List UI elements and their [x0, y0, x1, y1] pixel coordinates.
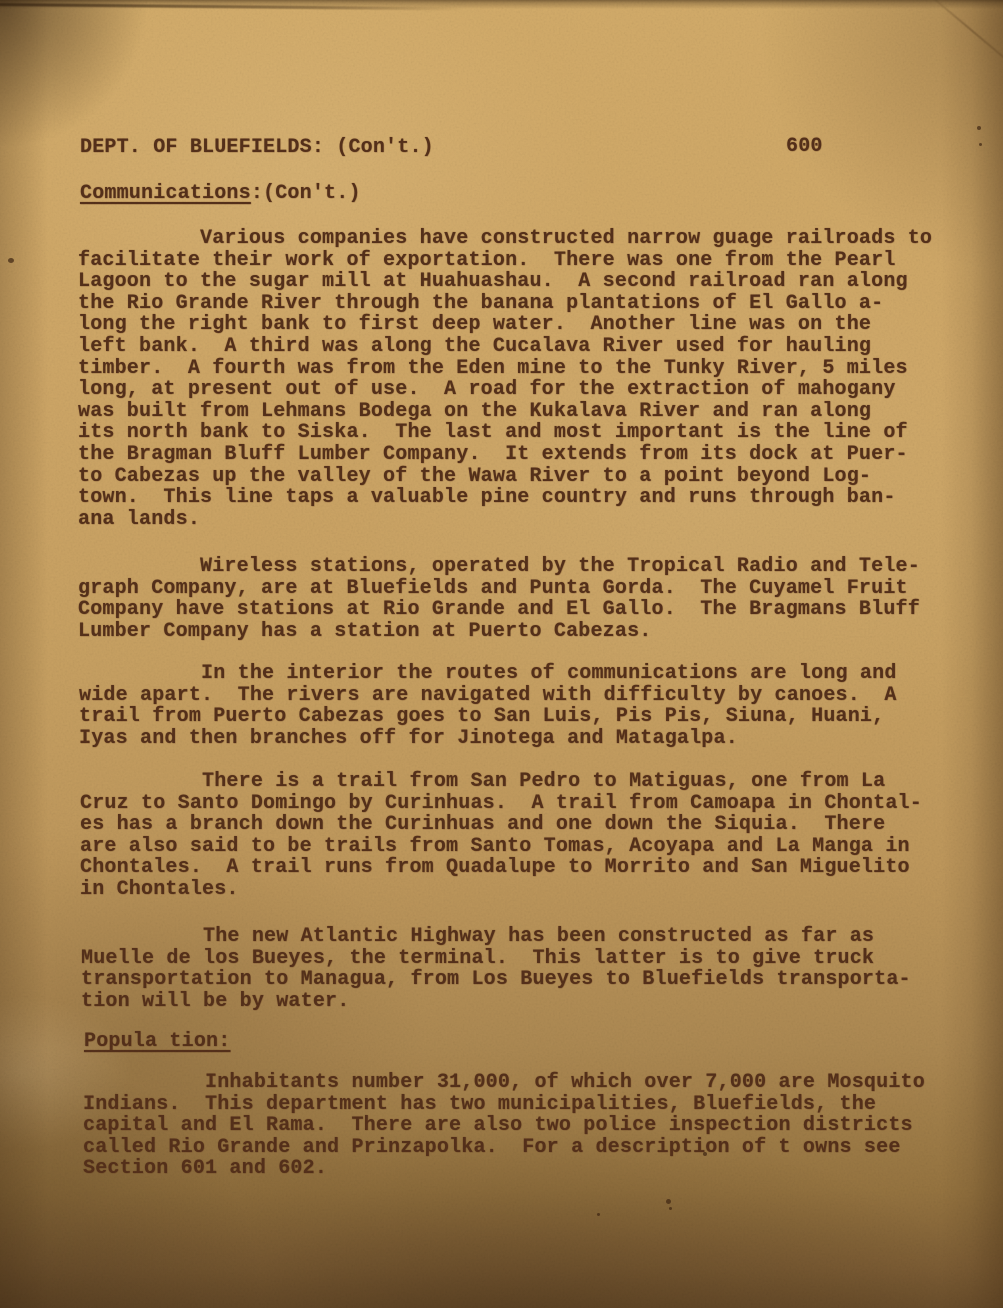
ink-speck	[666, 1199, 671, 1204]
document-page: DEPT. OF BLUEFIELDS: (Con't.) 600 Commun…	[0, 0, 1003, 1308]
ink-speck	[977, 126, 981, 130]
paragraph-atlantic-highway: The new Atlantic Highway has been constr…	[81, 926, 911, 1012]
page-number: 600	[786, 136, 823, 158]
section-heading-population: Popula tion:	[84, 1031, 230, 1053]
communications-heading-text: Communications	[80, 182, 251, 205]
paragraph-wireless-stations: Wireless stations, operated by the Tropi…	[78, 556, 920, 642]
ink-speck	[8, 258, 14, 263]
ink-speck	[979, 143, 982, 146]
paper-top-edge	[0, 3, 464, 11]
section-heading-communications: Communications:(Con't.)	[80, 183, 361, 205]
ink-speck	[703, 1152, 707, 1156]
paragraph-interior-routes: In the interior the routes of communicat…	[79, 663, 897, 749]
ink-speck	[669, 1207, 672, 1210]
paper-corner-crease	[920, 0, 1003, 72]
paragraph-inhabitants: Inhabitants number 31,000, of which over…	[83, 1072, 925, 1180]
page-title: DEPT. OF BLUEFIELDS: (Con't.)	[80, 137, 434, 159]
paragraph-railroads: Various companies have constructed narro…	[78, 228, 932, 530]
ink-speck	[597, 1213, 600, 1216]
communications-heading-suffix: :(Con't.)	[251, 182, 361, 205]
population-heading-text: Popula tion:	[84, 1030, 230, 1053]
paragraph-trails: There is a trail from San Pedro to Matig…	[80, 771, 922, 901]
